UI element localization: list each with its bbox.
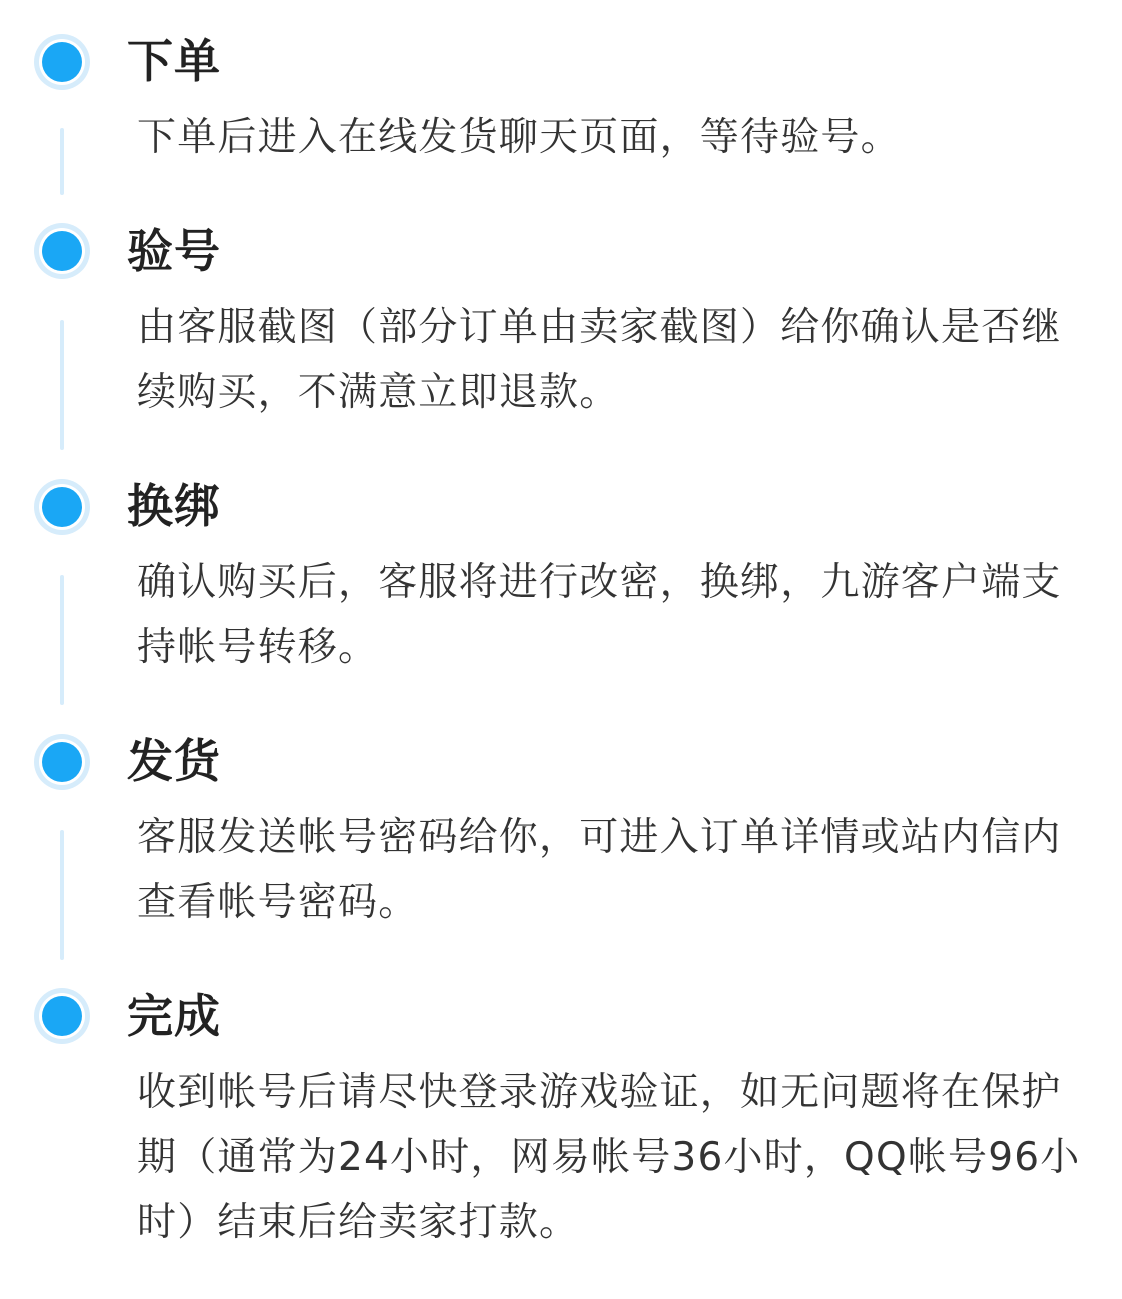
step-dot-inner [42, 996, 82, 1036]
description-line: 收到帐号后请尽快登录游戏验证，如无问题将在保护 [137, 1060, 1097, 1125]
step-dot-icon [34, 479, 90, 535]
description-line: 时）结束后给卖家打款。 [137, 1190, 1097, 1255]
step-dot-inner [42, 742, 82, 782]
description-line: 持帐号转移。 [137, 615, 1097, 680]
timeline-connector [60, 575, 64, 705]
description-line: 续购买，不满意立即退款。 [137, 360, 1097, 425]
description-line: 下单后进入在线发货聊天页面，等待验号。 [137, 105, 1097, 170]
step-title: 换绑 [127, 478, 221, 534]
step-title: 下单 [127, 33, 221, 89]
timeline-connector [60, 830, 64, 960]
step-description: 收到帐号后请尽快登录游戏验证，如无问题将在保护 期（通常为24小时，网易帐号36… [137, 1060, 1097, 1255]
description-line: 客服发送帐号密码给你，可进入订单详情或站内信内 [137, 805, 1097, 870]
description-line: 确认购买后，客服将进行改密，换绑，九游客户端支 [137, 550, 1097, 615]
step-dot-icon [34, 988, 90, 1044]
step-title: 发货 [127, 733, 221, 789]
description-line: 查看帐号密码。 [137, 870, 1097, 935]
step-dot-icon [34, 734, 90, 790]
step-description: 客服发送帐号密码给你，可进入订单详情或站内信内 查看帐号密码。 [137, 805, 1097, 935]
step-title: 验号 [127, 223, 221, 279]
timeline-connector [60, 128, 64, 195]
step-dot-inner [42, 487, 82, 527]
step-dot-icon [34, 34, 90, 90]
description-line: 期（通常为24小时，网易帐号36小时，QQ帐号96小 [137, 1125, 1097, 1190]
step-description: 确认购买后，客服将进行改密，换绑，九游客户端支 持帐号转移。 [137, 550, 1097, 680]
step-description: 由客服截图（部分订单由卖家截图）给你确认是否继 续购买，不满意立即退款。 [137, 295, 1097, 425]
step-dot-inner [42, 231, 82, 271]
description-line: 由客服截图（部分订单由卖家截图）给你确认是否继 [137, 295, 1097, 360]
step-title: 完成 [127, 988, 221, 1044]
step-description: 下单后进入在线发货聊天页面，等待验号。 [137, 105, 1097, 170]
timeline-connector [60, 320, 64, 450]
step-dot-inner [42, 42, 82, 82]
step-dot-icon [34, 223, 90, 279]
